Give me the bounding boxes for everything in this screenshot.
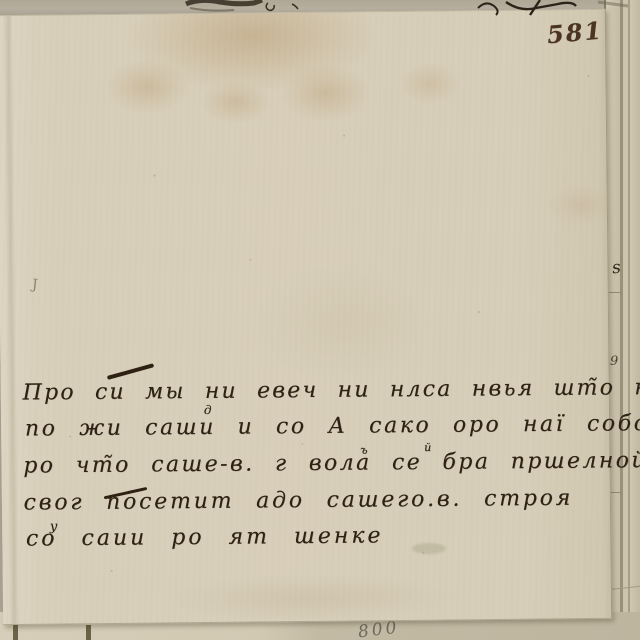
superscript-letter: ъ (360, 444, 367, 457)
superscript-letter: у (50, 519, 58, 534)
handwriting-line-5: со саии ро ят шенке (26, 523, 384, 551)
bleedthrough-letter: 9 (610, 354, 618, 369)
handwriting-line-4: свог посетит адо сашего.в. строя (23, 486, 573, 516)
manuscript-scan: s 9 800 581 J Про си мы ни евеч ни нлса … (0, 0, 640, 640)
ink-smudge (412, 543, 446, 554)
ink-flourish (107, 363, 154, 379)
handwriting-block: Про си мы ни евеч ни нлса нвья шт̃о но п… (19, 0, 610, 640)
superscript-letter: й (424, 441, 431, 454)
superscript-letter: д (204, 403, 212, 417)
page-edge-strip (630, 0, 640, 640)
handwriting-line-2: по жи саши и со А сако оро наї собо (25, 411, 640, 441)
handwriting-line-3: ро чт̃о саше-в. г вола се бра пршелной (23, 448, 640, 478)
handwriting-line-1: Про си мы ни евеч ни нлса нвья шт̃о но (23, 375, 640, 406)
edge-tick (607, 292, 622, 293)
